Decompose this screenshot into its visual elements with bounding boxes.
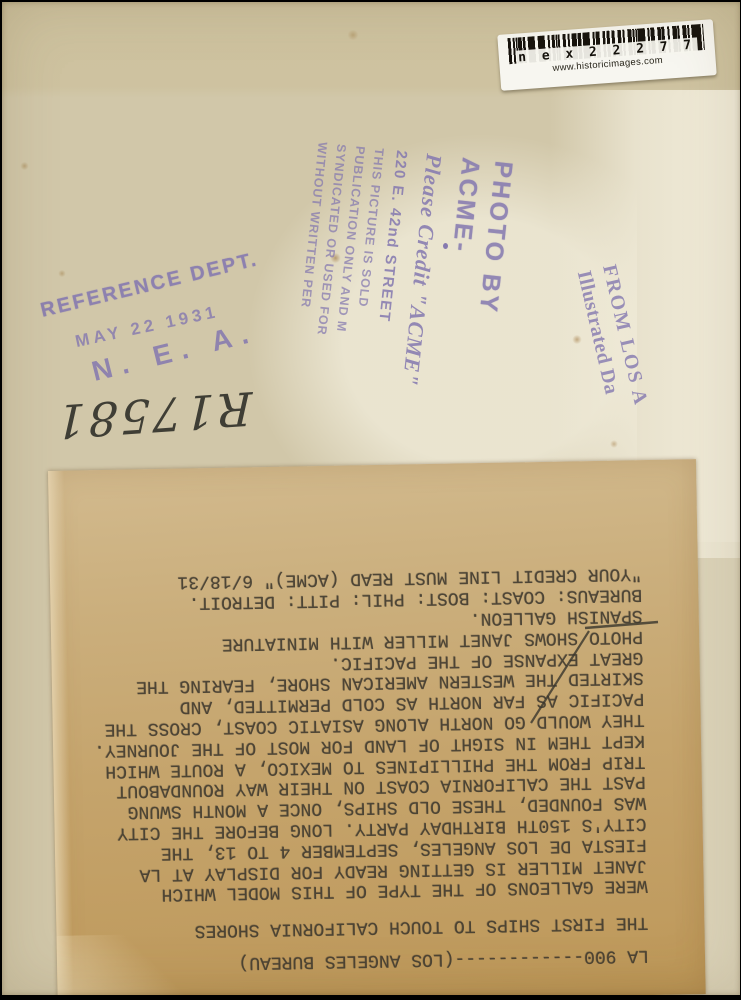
photo-verso: REFERENCE DEPT. MAY 22 1931 N. E. A. R17…	[2, 2, 740, 995]
caption-slug: LA 900------------(LOS ANGELES BUREAU)	[67, 944, 649, 975]
caption-sheet: LA 900------------(LOS ANGELES BUREAU) T…	[48, 459, 706, 995]
typed-caption: LA 900------------(LOS ANGELES BUREAU) T…	[58, 459, 696, 995]
photo-back-scan: { "sticker": { "code": "n e x 2 2 2 7 7"…	[0, 0, 741, 1000]
stain-spot	[572, 335, 582, 344]
stain-spot	[58, 270, 66, 277]
acme-credit-stamp: PHOTO BY ACME- Please Credit "ACME" 220 …	[280, 141, 519, 471]
handwritten-archive-number: R17581	[53, 381, 252, 449]
stain-spot	[347, 30, 359, 40]
stain-spot	[20, 162, 29, 170]
